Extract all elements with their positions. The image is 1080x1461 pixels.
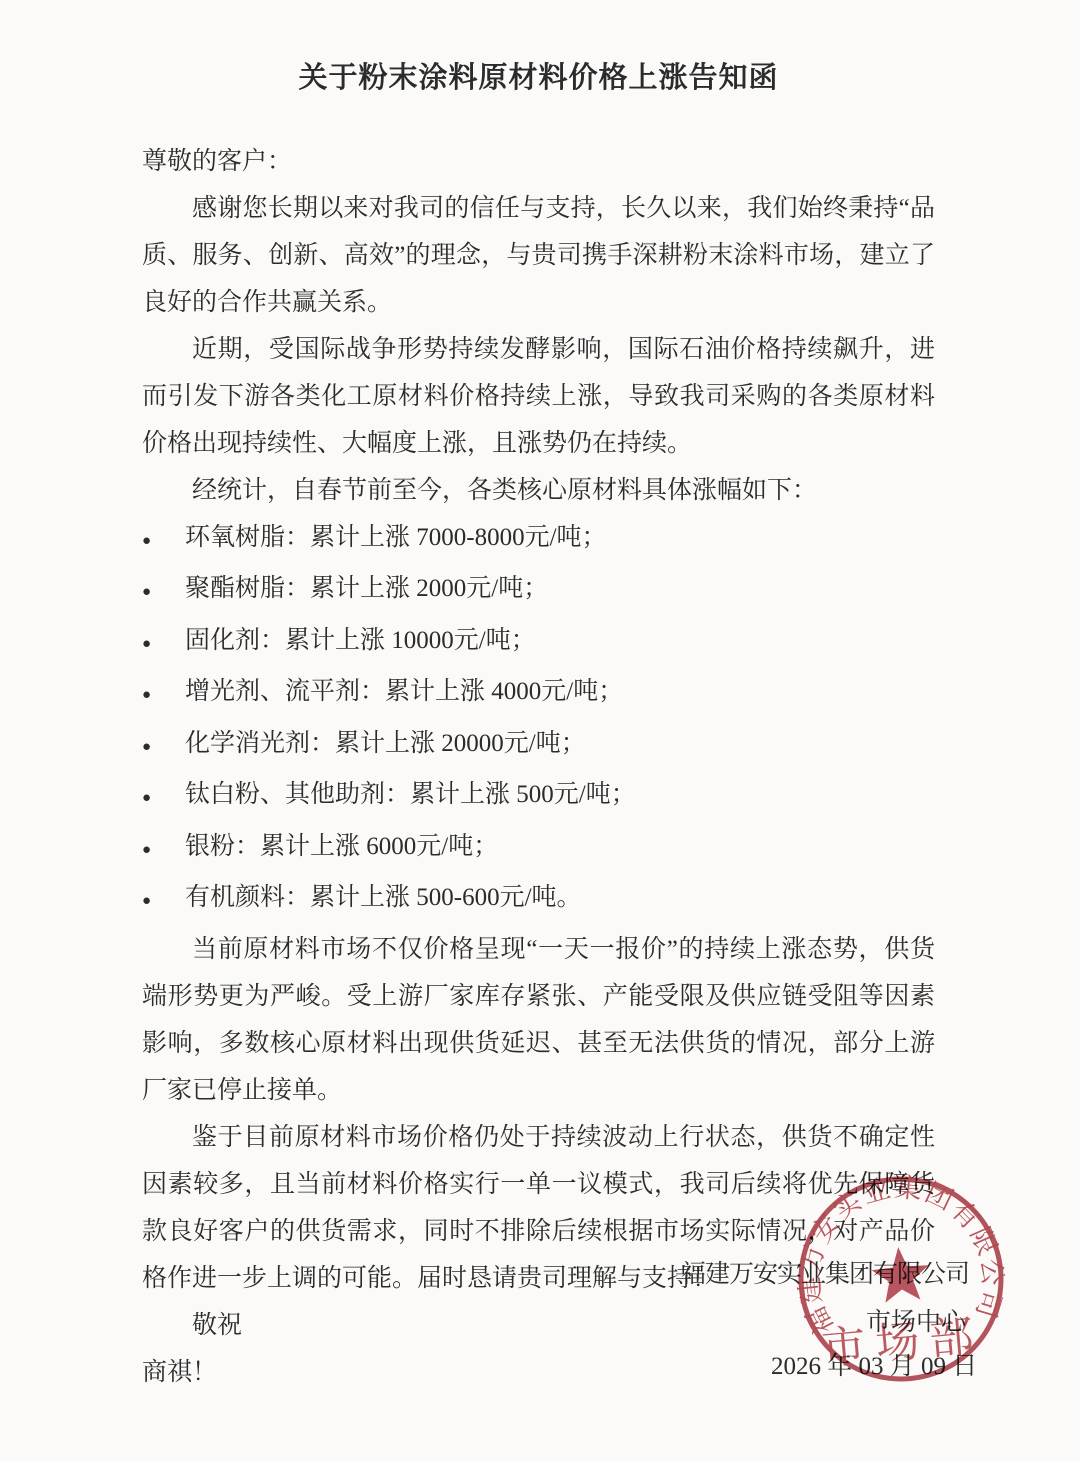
list-item: ● 聚酯树脂：累计上涨 2000元/吨； — [142, 565, 935, 617]
list-item: ● 环氧树脂：累计上涨 7000-8000元/吨； — [142, 514, 935, 566]
letter-title: 关于粉末涂料原材料价格上涨告知函 — [142, 60, 935, 98]
paragraph-list-intro: 经统计，自春节前至今，各类核心原材料具体涨幅如下： — [142, 467, 935, 514]
bullet-text: 增光剂、流平剂：累计上涨 4000元/吨； — [185, 668, 623, 716]
bullet-icon: ● — [142, 518, 185, 566]
company-seal-stamp-icon: 福建万安实业集团有限公司 市场部 — [779, 1157, 1024, 1402]
list-item: ● 有机颜料：累计上涨 500-600元/吨。 — [142, 874, 935, 926]
paragraph-thanks: 感谢您长期以来对我司的信任与支持，长久以来，我们始终秉持“品质、服务、创新、高效… — [142, 185, 935, 326]
list-item: ● 化学消光剂：累计上涨 20000元/吨； — [142, 720, 935, 772]
list-item: ● 银粉：累计上涨 6000元/吨； — [142, 823, 935, 875]
list-item: ● 固化剂：累计上涨 10000元/吨； — [142, 617, 935, 669]
bullet-icon: ● — [142, 569, 185, 617]
bullet-text: 聚酯树脂：累计上涨 2000元/吨； — [185, 565, 548, 613]
list-item: ● 钛白粉、其他助剂：累计上涨 500元/吨； — [142, 771, 935, 823]
bullet-icon: ● — [142, 621, 185, 669]
seal-star-icon — [870, 1245, 932, 1304]
bullet-icon: ● — [142, 878, 185, 926]
bullet-icon: ● — [142, 827, 185, 875]
seal-department-text: 市场部 — [820, 1311, 986, 1374]
bullet-text: 钛白粉、其他助剂：累计上涨 500元/吨； — [185, 771, 636, 819]
bullet-text: 环氧树脂：累计上涨 7000-8000元/吨； — [185, 514, 607, 562]
bullet-text: 银粉：累计上涨 6000元/吨； — [185, 823, 498, 871]
price-increase-list: ● 环氧树脂：累计上涨 7000-8000元/吨； ● 聚酯树脂：累计上涨 20… — [142, 514, 935, 926]
bullet-icon: ● — [142, 672, 185, 720]
bullet-text: 化学消光剂：累计上涨 20000元/吨； — [185, 720, 586, 768]
bullet-icon: ● — [142, 775, 185, 823]
bullet-text: 有机颜料：累计上涨 500-600元/吨。 — [185, 874, 582, 922]
paragraph-market-context: 近期，受国际战争形势持续发酵影响，国际石油价格持续飙升，进而引发下游各类化工原材… — [142, 326, 935, 467]
bullet-text: 固化剂：累计上涨 10000元/吨； — [185, 617, 536, 665]
paragraph-supply-situation: 当前原材料市场不仅价格呈现“一天一报价”的持续上涨态势，供货端形势更为严峻。受上… — [142, 926, 935, 1114]
salutation: 尊敬的客户： — [142, 138, 935, 185]
list-item: ● 增光剂、流平剂：累计上涨 4000元/吨； — [142, 668, 935, 720]
bullet-icon: ● — [142, 724, 185, 772]
letter-page: 关于粉末涂料原材料价格上涨告知函 尊敬的客户： 感谢您长期以来对我司的信任与支持… — [0, 0, 1080, 1461]
